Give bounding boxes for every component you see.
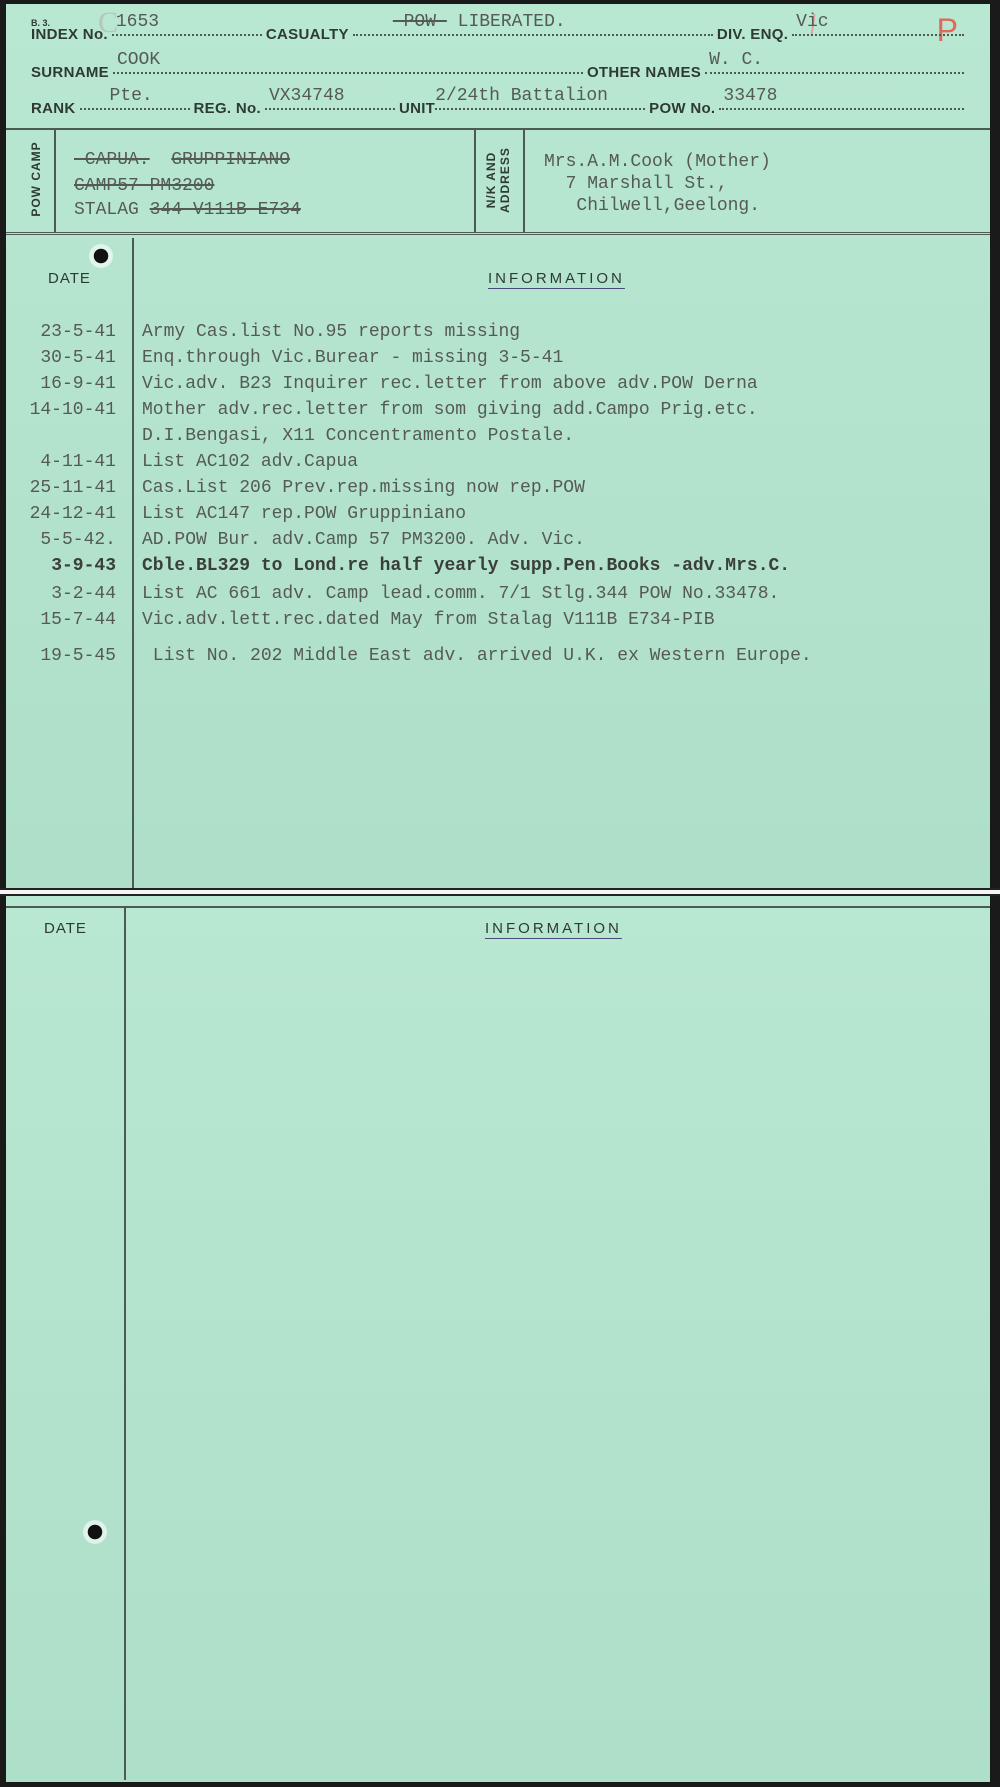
pow-no-value: 33478 [723,86,777,106]
entry-date: 3-9-43 [6,556,124,576]
entry-information: Army Cas.list No.95 reports missing [142,322,520,342]
entry-date: 5-5-42. [6,530,124,550]
divider-nk-left [474,129,476,233]
pow-camp-capua: -CAPUA. [74,150,150,170]
reverse-information-column-header: INFORMATION [485,920,622,937]
entry-date: 23-5-41 [6,322,124,342]
entry-information: Cas.List 206 Prev.rep.missing now rep.PO… [142,478,585,498]
index-no-field: 1653 [112,34,262,36]
pow-camp-line-1: -CAPUA. GRUPPINIANO [74,150,290,170]
entry-information: AD.POW Bur. adv.Camp 57 PM3200. Adv. Vic… [142,530,585,550]
nk-address-line-2: 7 Marshall St., [544,174,728,194]
other-names-value: W. C. [709,50,763,70]
pow-camp-stalag-struck: 344 V111B E734 [150,200,301,220]
div-enq-label: DIV. ENQ. [717,26,788,43]
surname-value: COOK [117,50,160,70]
punch-hole [82,1520,108,1544]
div-enq-field: Vic [792,34,964,36]
entry-information: Cble.BL329 to Lond.re half yearly supp.P… [142,556,790,576]
rank-label: RANK [31,100,76,117]
entry-date: 24-12-41 [6,504,124,524]
nk-address-line-1: Mrs.A.M.Cook (Mother) [544,152,771,172]
entry-information: Vic.adv.lett.rec.dated May from Stalag V… [142,610,715,630]
entry-information: List AC147 rep.POW Gruppiniano [142,504,466,524]
information-column-header: INFORMATION [488,270,625,287]
entry-date: 16-9-41 [6,374,124,394]
header-row-2: SURNAME COOK OTHER NAMES W. C. [31,64,968,81]
entry-date: 15-7-44 [6,610,124,630]
entry-date: 30-5-41 [6,348,124,368]
casualty-label: CASUALTY [266,26,349,43]
index-no-label: INDEX No. [31,26,108,43]
divider-info [6,232,990,238]
card-separator [0,888,1000,896]
casualty-field: -POW- LIBERATED. [353,34,713,36]
divider-camp-label [54,129,56,233]
rank-field: Pte. [80,108,190,110]
nk-address-label: N/K ANDADDRESS [484,128,512,232]
header-row-1: INDEX No. 1653 CASUALTY -POW- LIBERATED.… [31,26,968,43]
reg-no-value: VX34748 [269,86,345,106]
rank-value: Pte. [110,86,153,106]
divider-nk-right [523,129,525,233]
entry-date: 25-11-41 [6,478,124,498]
reg-no-label: REG. No. [194,100,261,117]
div-enq-value: Vic [796,12,828,32]
nk-address-line-3: Chilwell,Geelong. [544,196,760,216]
pow-camp-label: POW CAMP [29,127,43,231]
divider-date-column [132,238,134,888]
entry-date: 19-5-45 [6,646,124,666]
pow-camp-gruppiniano: GRUPPINIANO [171,150,290,170]
entry-date: 14-10-41 [6,400,124,420]
reverse-date-column-header: DATE [44,920,87,937]
unit-label: UNIT [399,100,435,117]
surname-label: SURNAME [31,64,109,81]
record-card-reverse: DATE INFORMATION [6,896,990,1782]
unit-field: 2/24th Battalion [435,108,645,110]
divider-reverse-date-column [124,908,126,1780]
entry-date: 3-2-44 [6,584,124,604]
entry-information: Vic.adv. B23 Inquirer rec.letter from ab… [142,374,758,394]
entry-information: List AC102 adv.Capua [142,452,358,472]
pow-no-field: 33478 [719,108,964,110]
surname-field: COOK [113,72,583,74]
unit-value: 2/24th Battalion [435,86,608,106]
entry-information: List AC 661 adv. Camp lead.comm. 7/1 Stl… [142,584,779,604]
other-names-label: OTHER NAMES [587,64,701,81]
date-column-header: DATE [48,270,91,287]
pow-camp-line-3: STALAG 344 V111B E734 [74,200,301,220]
entry-information: Enq.through Vic.Burear - missing 3-5-41 [142,348,563,368]
entry-information: List No. 202 Middle East adv. arrived U.… [142,646,812,666]
divider-reverse-top [6,906,990,908]
casualty-struck-value: -POW- [393,12,447,32]
casualty-value: LIBERATED. [458,12,566,32]
reg-no-field: VX34748 [265,108,395,110]
header-row-3: RANK Pte. REG. No. VX34748 UNIT 2/24th B… [31,100,968,117]
entry-information: D.I.Bengasi, X11 Concentramento Postale. [142,426,574,446]
pow-no-label: POW No. [649,100,715,117]
record-card-front: B. 3. C P INDEX No. 1653 CASUALTY -POW- … [6,4,990,888]
entry-information: Mother adv.rec.letter from som giving ad… [142,400,758,420]
other-names-field: W. C. [705,72,964,74]
pow-camp-line-2: CAMP57 PM3200 [74,176,214,196]
index-no-value: 1653 [116,12,159,32]
punch-hole [88,244,114,268]
entry-date: 4-11-41 [6,452,124,472]
